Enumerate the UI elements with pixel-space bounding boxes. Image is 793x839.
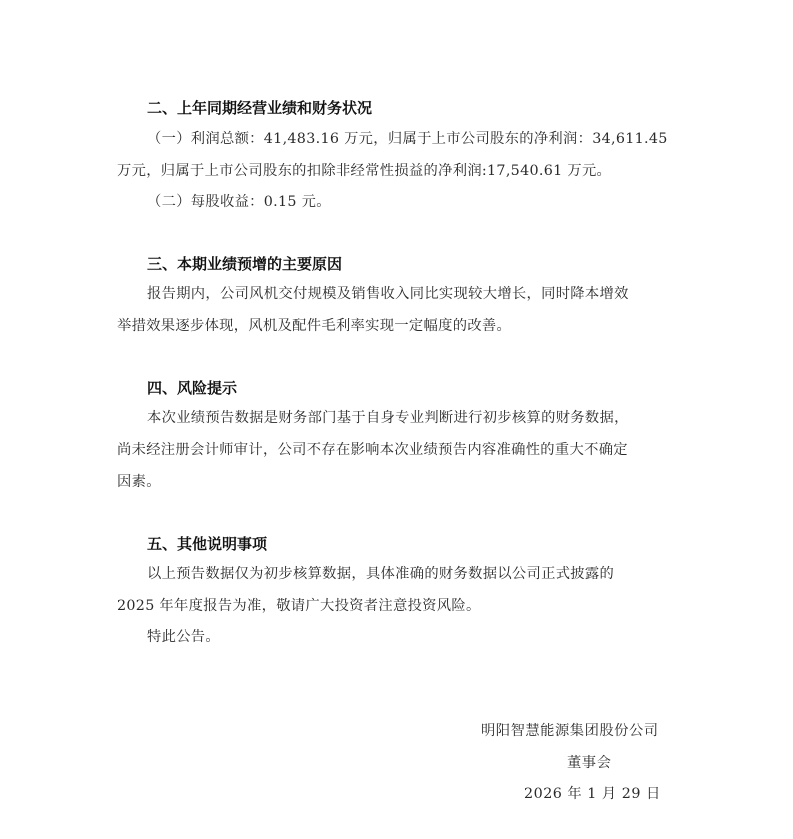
signature-company: 明阳智慧能源集团股份公司 [481, 720, 659, 740]
paragraph-line: 举措效果逐步体现，风机及配件毛利率实现一定幅度的改善。 [117, 315, 511, 335]
signature-board: 董事会 [567, 752, 611, 772]
section-heading-3: 三、本期业绩预增的主要原因 [147, 253, 342, 274]
section-heading-4: 四、风险提示 [147, 377, 237, 398]
paragraph-line: （二）每股收益：0.15 元。 [147, 191, 331, 211]
paragraph-line: 万元，归属于上市公司股东的扣除非经常性损益的净利润:17,540.61 万元。 [117, 160, 611, 180]
section-heading-5: 五、其他说明事项 [147, 533, 267, 554]
paragraph-line: 因素。 [117, 471, 161, 491]
paragraph-line: （一）利润总额：41,483.16 万元，归属于上市公司股东的净利润：34,61… [147, 128, 668, 148]
paragraph-line: 本次业绩预告数据是财务部门基于自身专业判断进行初步核算的财务数据， [147, 407, 629, 427]
paragraph-line: 尚未经注册会计师审计，公司不存在影响本次业绩预告内容准确性的重大不确定 [117, 439, 628, 459]
paragraph-line: 2025 年年度报告为准，敬请广大投资者注意投资风险。 [117, 595, 481, 615]
section-heading-2: 二、上年同期经营业绩和财务状况 [147, 97, 372, 118]
paragraph-line: 以上预告数据仅为初步核算数据，具体准确的财务数据以公司正式披露的 [147, 563, 614, 583]
signature-date: 2026 年 1 月 29 日 [524, 783, 661, 803]
paragraph-line: 特此公告。 [147, 626, 220, 646]
document-page: 二、上年同期经营业绩和财务状况 （一）利润总额：41,483.16 万元，归属于… [0, 0, 793, 839]
paragraph-line: 报告期内，公司风机交付规模及销售收入同比实现较大增长，同时降本增效 [147, 283, 629, 303]
